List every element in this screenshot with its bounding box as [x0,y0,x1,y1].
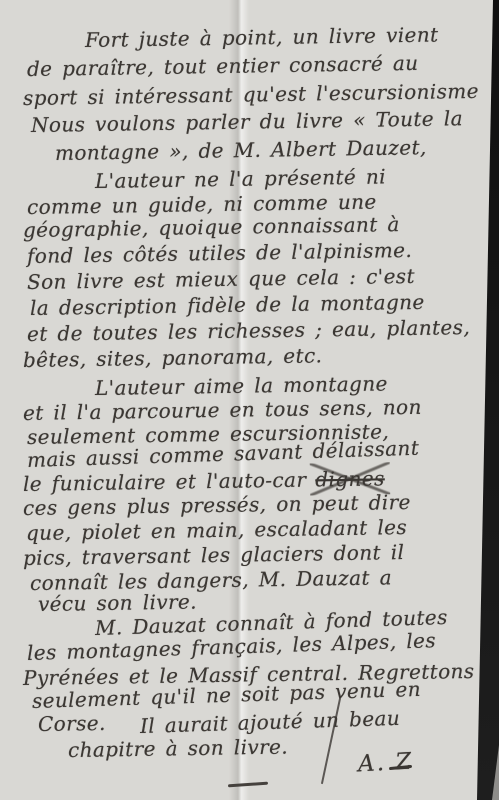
handwritten-line: Nous voulons parler du livre « Toute la [31,105,463,138]
handwritten-line: Corse. [38,710,106,737]
handwritten-line: Fort juste à point, un livre vient [85,21,439,53]
handwritten-line: de paraître, tout entier consacré au [27,50,419,82]
crossed-out-word: dignes [315,465,385,492]
signature-initials: A. Z [357,749,414,778]
handwritten-line: chapitre à son livre. [68,734,288,763]
handwritten-line: bêtes, sites, panorama, etc. [23,342,323,373]
handwritten-line: montagne », de M. Albert Dauzet, [55,134,427,166]
handwritten-line: et de toutes les richesses ; eau, plante… [27,314,471,347]
letter-page: Fort juste à point, un livre vient de pa… [0,0,499,800]
